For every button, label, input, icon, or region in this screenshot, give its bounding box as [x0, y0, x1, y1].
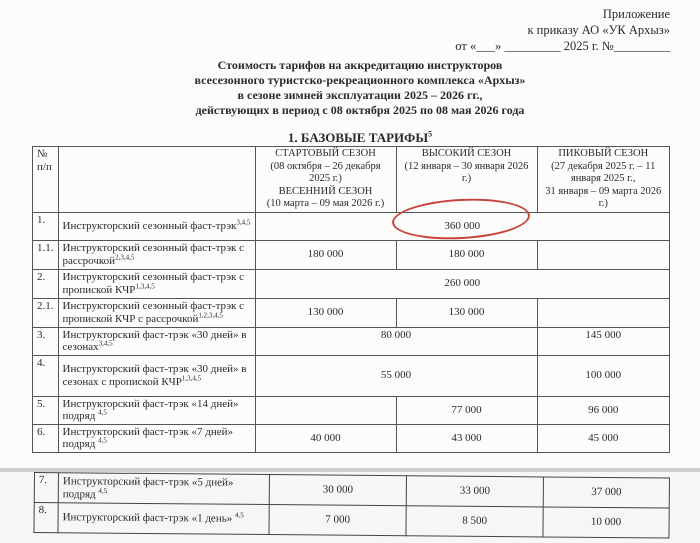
price-high: 8 500 [406, 506, 543, 537]
table-row: 5. Инструкторский фаст-трэк «14 дней» по… [33, 396, 670, 424]
header-start-season: СТАРТОВЫЙ СЕЗОН (08 октября – 26 декабря… [255, 147, 396, 213]
price-start-high: 80 000 [255, 327, 537, 355]
price-high: 33 000 [406, 476, 543, 507]
price-peak: 100 000 [537, 355, 670, 396]
price-peak: 96 000 [537, 396, 670, 424]
title-line-3: в сезоне зимней эксплуатации 2025 – 2026… [0, 88, 700, 103]
price-start: 180 000 [255, 240, 396, 269]
header-peak-season: ПИКОВЫЙ СЕЗОН (27 декабря 2025 г. – 11 я… [537, 147, 670, 213]
table-row: 6. Инструкторский фаст-трэк «7 дней» под… [33, 424, 670, 452]
price-start: 7 000 [269, 505, 406, 536]
appendix-title: Приложение [455, 6, 670, 22]
title-line-2: всесезонного туристско-рекреационного ко… [0, 73, 700, 88]
price-high: 43 000 [396, 424, 537, 452]
table-row: 4. Инструкторский фаст-трэк «30 дней» в … [33, 355, 670, 396]
table-row: 2. Инструкторский сезонный фаст-трэк с п… [33, 269, 670, 298]
table-row: 8. Инструкторский фаст-трэк «1 день» 4,5… [34, 503, 669, 539]
price-start: 30 000 [269, 475, 406, 506]
tariffs-table: № п/п СТАРТОВЫЙ СЕЗОН (08 октября – 26 д… [32, 146, 670, 453]
title-line-4: действующих в период с 08 октября 2025 п… [0, 103, 700, 118]
header-num: № п/п [33, 147, 59, 213]
document-title: Стоимость тарифов на аккредитацию инстру… [0, 58, 700, 118]
price-peak: 145 000 [537, 327, 670, 355]
table-header-row: № п/п СТАРТОВЫЙ СЕЗОН (08 октября – 26 д… [33, 147, 670, 213]
table-row: 2.1. Инструкторский сезонный фаст-трэк с… [33, 298, 670, 327]
tariffs-table-continued: 7. Инструкторский фаст-трэк «5 дней» под… [33, 472, 670, 539]
price-peak: 10 000 [543, 507, 669, 538]
table-row: 3. Инструкторский фаст-трэк «30 дней» в … [33, 327, 670, 355]
price-start [255, 396, 396, 424]
price-peak [537, 240, 670, 269]
price-start: 40 000 [255, 424, 396, 452]
appendix-order: к приказу АО «УК Архыз» [455, 22, 670, 38]
table-row: 1.1. Инструкторский сезонный фаст-трэк с… [33, 240, 670, 269]
section-heading: 1. БАЗОВЫЕ ТАРИФЫ5 [0, 130, 700, 146]
price-peak [537, 298, 670, 327]
price-merged: 260 000 [255, 269, 670, 298]
price-peak: 37 000 [543, 477, 669, 508]
header-name [58, 147, 255, 213]
price-high: 77 000 [396, 396, 537, 424]
table-row: 1. Инструкторский сезонный фаст-трэк3,4,… [33, 212, 670, 240]
price-start-high: 55 000 [255, 355, 537, 396]
appendix-date-number: от «___» _________ 2025 г. №_________ [455, 38, 670, 54]
appendix-header: Приложение к приказу АО «УК Архыз» от «_… [455, 6, 670, 54]
title-line-1: Стоимость тарифов на аккредитацию инстру… [0, 58, 700, 73]
price-high: 180 000 [396, 240, 537, 269]
price-high: 130 000 [396, 298, 537, 327]
price-peak: 45 000 [537, 424, 670, 452]
price-start: 130 000 [255, 298, 396, 327]
